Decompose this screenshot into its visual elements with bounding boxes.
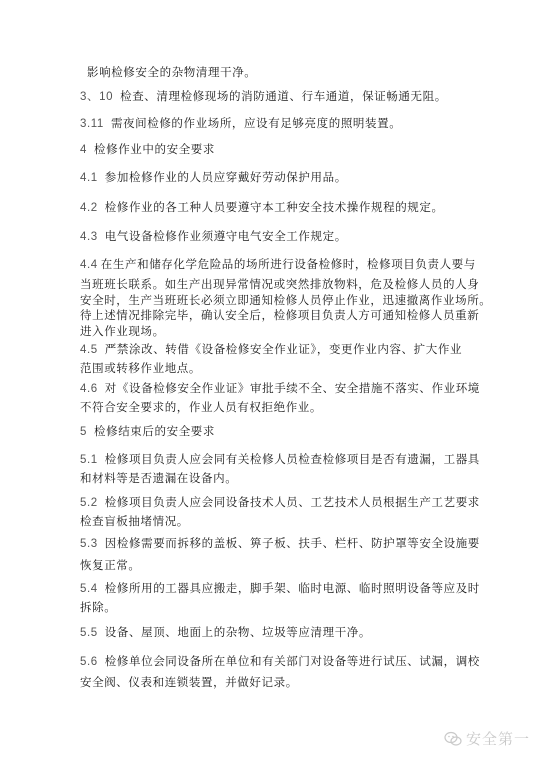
clause-number: 4.4 (80, 259, 98, 271)
clause-number: 3、10 (80, 91, 113, 103)
clause-number: 4.2 (80, 202, 98, 214)
paragraph-line: 检查盲板抽堵情况。 (80, 514, 189, 529)
line-text: 当班班长联系。如生产出现异常情况或突然排放物料，危及检修人员的人身 (80, 277, 479, 291)
clause-number: 4.1 (80, 172, 98, 184)
clause-5-3: 5.3因检修需要而拆移的盖板、箅子板、扶手、栏杆、防护罩等安全设施要 (80, 536, 480, 551)
line-text: 和材料等是否遗漏在设备内。 (80, 471, 237, 485)
clause-number: 5.2 (80, 497, 98, 509)
clause-5-2: 5.2检修项目负责人应会同设备技术人员、工艺技术人员根据生产工艺要求 (80, 495, 480, 510)
paragraph-line: 待上述情况排除完毕，确认安全后，检修项目负责人方可通知检修人员重新 (80, 308, 479, 323)
paragraph-line: 拆除。 (80, 600, 116, 615)
section-title: 检修结束后的安全要求 (94, 424, 215, 438)
clause-number: 5.6 (80, 656, 98, 668)
clause-3-11: 3.11需夜间检修的作业场所，应设有足够亮度的照明装置。 (80, 116, 401, 131)
clause-5-1: 5.1检修项目负责人应会同有关检修人员检查检修项目是否有遗漏，工器具 (80, 452, 480, 467)
line-text: 安全阀、仪表和连锁装置，并做好记录。 (80, 675, 298, 689)
paragraph-line: 和材料等是否遗漏在设备内。 (80, 471, 237, 486)
clause-3-10: 3、10检查、清理检修现场的消防通道、行车通道，保证畅通无阻。 (80, 89, 447, 104)
clause-4-3: 4.3电气设备检修作业须遵守电气安全工作规定。 (80, 229, 347, 244)
line-text: 影响检修安全的杂物清理干净。 (87, 65, 256, 79)
clause-4-4: 4.4在生产和储存化学危险品的场所进行设备检修时，检修项目负责人要与 (80, 257, 476, 272)
line-text: 检修项目负责人应会同有关检修人员检查检修项目是否有遗漏，工器具 (105, 452, 480, 466)
section-heading-4: 4检修作业中的安全要求 (80, 142, 215, 157)
clause-4-1: 4.1参加检修作业的人员应穿戴好劳动保护用品。 (80, 170, 347, 185)
clause-5-5: 5.5设备、屋顶、地面上的杂物、垃圾等应清理干净。 (80, 625, 371, 640)
clause-number: 5.4 (80, 583, 98, 595)
line-text: 电气设备检修作业须遵守电气安全工作规定。 (105, 229, 347, 243)
section-number: 4 (80, 144, 87, 156)
clause-number: 4.5 (80, 344, 98, 356)
line-text: 严禁涂改、转借《设备检修安全作业证》，变更作业内容、扩大作业 (105, 342, 462, 356)
line-text: 检修作业的各工种人员要遵守本工种安全技术操作规程的规定。 (105, 200, 444, 214)
clause-4-5: 4.5严禁涂改、转借《设备检修安全作业证》，变更作业内容、扩大作业 (80, 342, 462, 357)
paragraph-line: 范围或转移作业地点。 (80, 361, 201, 376)
line-text: 检查盲板抽堵情况。 (80, 514, 189, 528)
line-text: 参加检修作业的人员应穿戴好劳动保护用品。 (105, 170, 347, 184)
clause-number: 5.3 (80, 538, 98, 550)
line-text: 范围或转移作业地点。 (80, 361, 201, 375)
line-text: 需夜间检修的作业场所，应设有足够亮度的照明装置。 (111, 116, 401, 130)
line-text: 检修所用的工器具应搬走，脚手架、临时电源、临时照明设备等应及时 (105, 581, 480, 595)
paragraph-line: 不符合安全要求的，作业人员有权拒绝作业。 (80, 400, 322, 415)
paragraph-line: 恢复正常。 (80, 558, 141, 573)
wechat-icon (444, 731, 462, 747)
paragraph-line: 安全阀、仪表和连锁装置，并做好记录。 (80, 675, 298, 690)
clause-4-2: 4.2检修作业的各工种人员要遵守本工种安全技术操作规程的规定。 (80, 200, 444, 215)
clause-4-6: 4.6对《设备检修安全作业证》审批手续不全、安全措施不落实、作业环境 (80, 381, 480, 396)
clause-number: 4.6 (80, 383, 98, 395)
line-text: 安全时，生产当班班长必须立即通知检修人员停止作业，迅速撤离作业场所。 (80, 293, 491, 307)
line-text: 拆除。 (80, 600, 116, 614)
section-title: 检修作业中的安全要求 (94, 142, 215, 156)
line-text: 检查、清理检修现场的消防通道、行车通道，保证畅通无阻。 (120, 89, 447, 103)
watermark: 安全第一 (444, 728, 530, 749)
section-heading-5: 5检修结束后的安全要求 (80, 424, 215, 439)
paragraph-line: 进入作业现场。 (80, 324, 165, 339)
clause-number: 5.5 (80, 627, 98, 639)
section-number: 5 (80, 426, 87, 438)
line-text: 检修单位会同设备所在单位和有关部门对设备等进行试压、试漏，调校 (105, 654, 480, 668)
line-text: 进入作业现场。 (80, 324, 165, 338)
clause-5-4: 5.4检修所用的工器具应搬走，脚手架、临时电源、临时照明设备等应及时 (80, 581, 480, 596)
line-text: 待上述情况排除完毕，确认安全后，检修项目负责人方可通知检修人员重新 (80, 308, 479, 322)
paragraph-line: 影响检修安全的杂物清理干净。 (80, 65, 256, 80)
paragraph-line: 当班班长联系。如生产出现异常情况或突然排放物料，危及检修人员的人身 (80, 277, 479, 292)
line-text: 检修项目负责人应会同设备技术人员、工艺技术人员根据生产工艺要求 (105, 495, 480, 509)
line-text: 对《设备检修安全作业证》审批手续不全、安全措施不落实、作业环境 (105, 381, 480, 395)
document-page: 影响检修安全的杂物清理干净。 3、10检查、清理检修现场的消防通道、行车通道，保… (0, 0, 537, 760)
line-text: 因检修需要而拆移的盖板、箅子板、扶手、栏杆、防护罩等安全设施要 (105, 536, 480, 550)
clause-number: 3.11 (80, 118, 104, 130)
line-text: 恢复正常。 (80, 558, 141, 572)
clause-5-6: 5.6检修单位会同设备所在单位和有关部门对设备等进行试压、试漏，调校 (80, 654, 480, 669)
line-text: 不符合安全要求的，作业人员有权拒绝作业。 (80, 400, 322, 414)
clause-number: 5.1 (80, 454, 98, 466)
paragraph-line: 安全时，生产当班班长必须立即通知检修人员停止作业，迅速撤离作业场所。 (80, 293, 491, 308)
line-text: 在生产和储存化学危险品的场所进行设备检修时，检修项目负责人要与 (101, 257, 476, 271)
clause-number: 4.3 (80, 231, 98, 243)
line-text: 设备、屋顶、地面上的杂物、垃圾等应清理干净。 (105, 625, 371, 639)
watermark-text: 安全第一 (466, 728, 530, 749)
